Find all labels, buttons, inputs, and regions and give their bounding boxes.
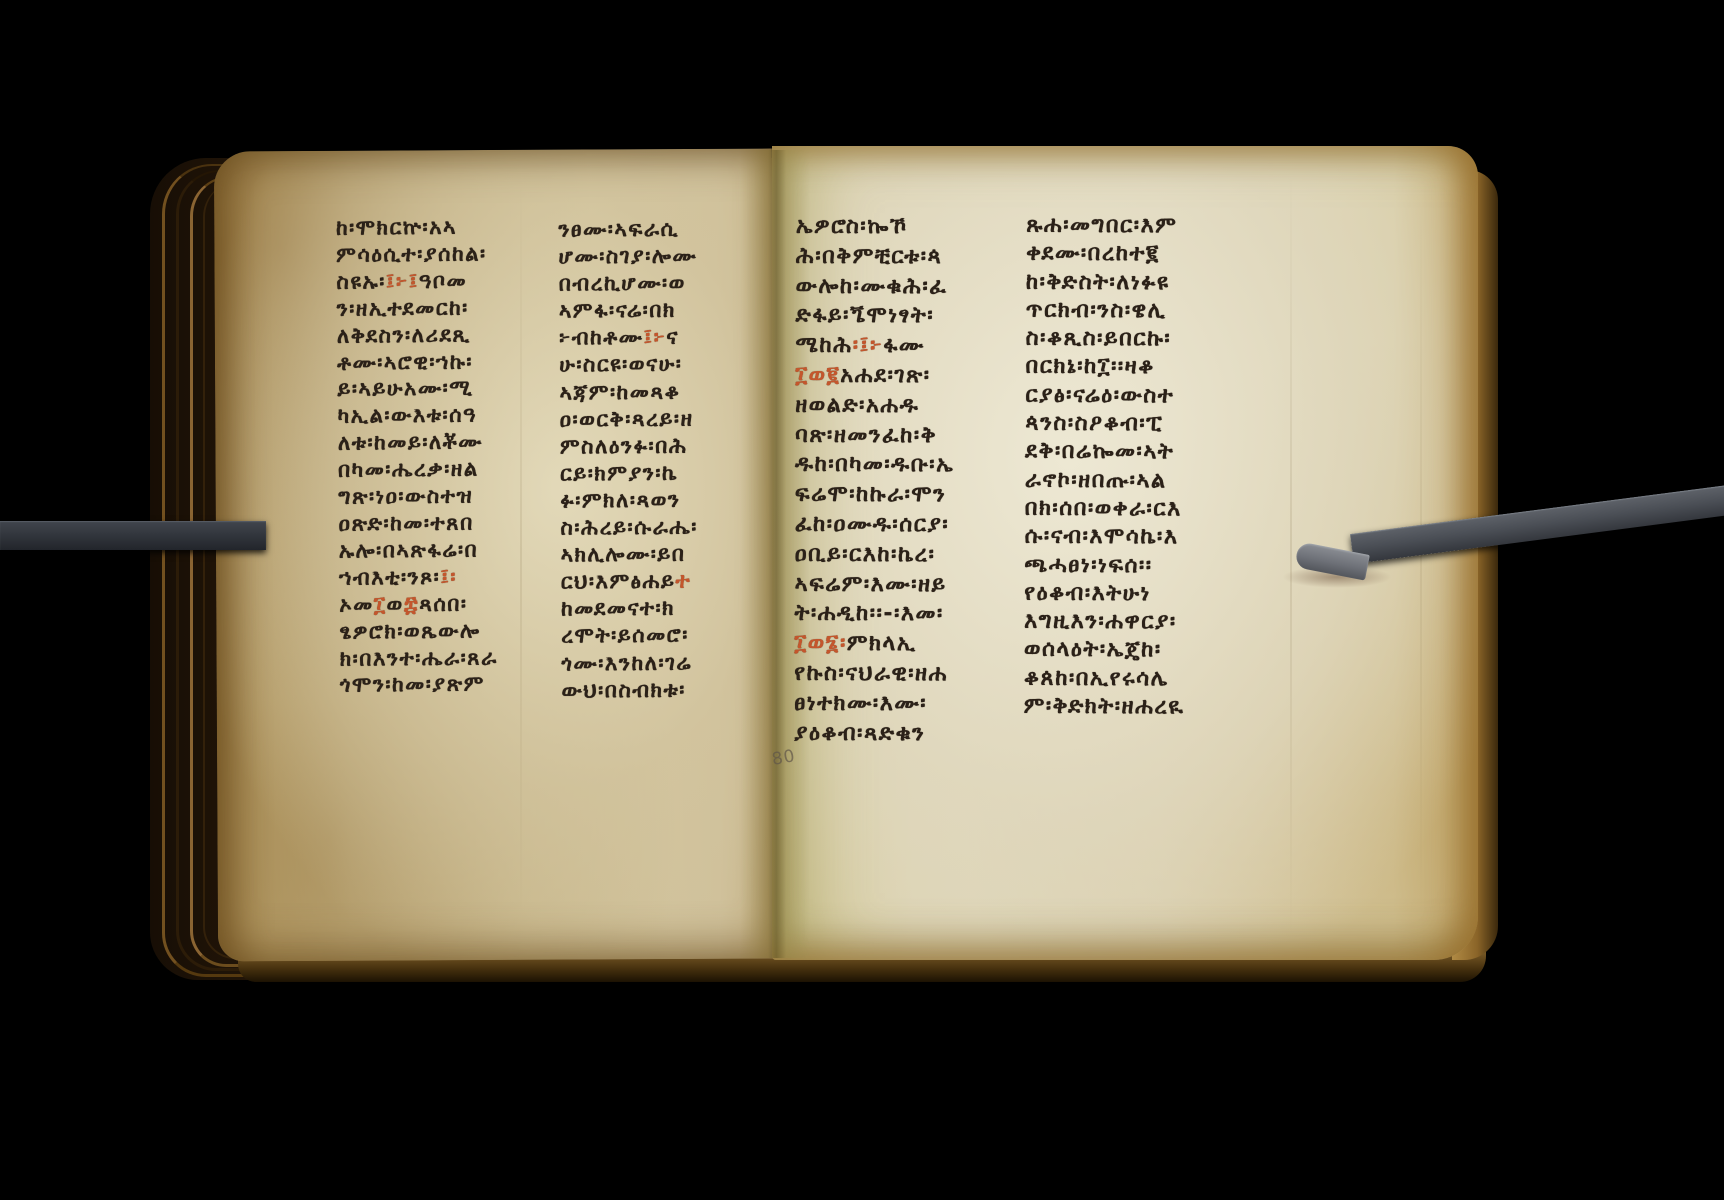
- parchment-crease: [520, 180, 522, 920]
- ink-run: ውህ፡በስብክቱ፡: [562, 677, 686, 702]
- text-line: ሜከሕ፡፤፦ፋሙ: [795, 331, 954, 361]
- ink-run: ክ፡በእንተ፡ሔራ፡ጸራ: [340, 645, 498, 670]
- ink-run: ጥርክብ፡ንስ፡ዌሊ: [1026, 297, 1167, 323]
- ink-run: ፉ፡ምክለ፡ጻወን: [560, 488, 680, 513]
- text-line: ለቅደስን፡ለሪደጺ: [337, 321, 495, 349]
- rubric-run: ፤፦: [643, 325, 666, 349]
- text-line: ጥርክብ፡ንስ፡ዌሊ: [1026, 296, 1187, 325]
- ink-run: ፦ብከቶሙ: [559, 325, 643, 350]
- ink-run: ካኢል፡ውእቱ፡ሰዓ: [338, 403, 478, 428]
- ink-run: ና: [666, 325, 679, 349]
- ink-run: ሁ፡ስርዩ፡ወናሁ፡: [559, 352, 682, 377]
- ink-run: ቀደሙ፡በረከተ፪: [1026, 241, 1160, 267]
- text-line: ም፡ቅድክት፡ዘሐረዪ: [1024, 693, 1185, 722]
- text-line: በርክኔ፡ከ፲፡፡ዛቆ: [1025, 353, 1186, 382]
- left-page-column-2: ንፀሙ፡ኣፍራሲሆሙ፡ስገያ፡ሎሙበብረኪሆሙ፡ወኣምፋ፡ናሬ፡በክ፦ብከቶሙ፤…: [558, 216, 700, 705]
- text-line: ኦመ፲ወ፰ጻሰበ፡: [339, 590, 497, 618]
- text-line: ፀነተክሙ፡እሙ፡: [794, 688, 953, 718]
- ink-run: ወሰላዕት፡ኤጄከ፡: [1024, 637, 1162, 663]
- ink-run: ቆጰከ፡በኢየሩሳሌ: [1024, 665, 1169, 691]
- text-line: ስዩኡ፡፤፦፤ዓቦመ: [336, 267, 494, 295]
- ink-run: ኣምፋ፡ናሬ፡በክ: [559, 298, 676, 323]
- ink-run: ያዕቆብ፡ጻድቁን: [794, 720, 925, 745]
- ink-run: ጎሞን፡ከመ፡ያጽም: [340, 672, 485, 697]
- ink-run: ስ፡ቆጺስ፡ይበርኩ፡: [1026, 326, 1172, 352]
- ink-run: ኀብእቲ፡ንጾ፡: [339, 565, 440, 590]
- text-line: ያዕቆብ፡ጻድቁን: [794, 718, 953, 748]
- text-line: ንፀሙ፡ኣፍራሲ: [558, 216, 697, 244]
- ink-run: ለቱ፡ከመይ፡ለቾሙ: [338, 430, 483, 455]
- text-line: ይ፡ኣይሁአሙ፡ሚ: [337, 375, 495, 403]
- ink-run: ኦመ: [339, 592, 374, 616]
- text-line: የኩስ፡ናህራዊ፡ዘሐ: [794, 659, 953, 689]
- text-line: እግዚእን፡ሐዋርያ፡: [1024, 608, 1185, 637]
- ink-run: ም፡ቅድክት፡ዘሐረዪ: [1024, 694, 1185, 720]
- text-line: ደቅ፡በሬኰመ፡ኣት: [1025, 438, 1186, 467]
- ink-run: ዱከ፡በካመ፡ዱቡ፡ኤ: [795, 452, 954, 478]
- text-line: ፈከ፡ዐሙዱ፡ሰርያ፡: [795, 510, 954, 540]
- text-line: ዐ፡ወርቅ፡ጻረይ፡ዘ: [560, 405, 699, 433]
- text-line: ፉ፡ምክለ፡ጻወን: [560, 486, 699, 514]
- rubric-run: ተ: [675, 569, 691, 593]
- ink-run: ርህ፡እምፅሐይ: [561, 569, 676, 594]
- text-line: ዱከ፡በካመ፡ዱቡ፡ኤ: [795, 450, 954, 480]
- ink-run: ሕ፡በቅምቺርቱ፡ጳ: [796, 244, 943, 270]
- text-line: ምስለዕንፉ፡በሕ: [560, 432, 699, 460]
- ink-run: ዐጽድ፡ከመ፡ተጸበ: [338, 510, 473, 535]
- text-line: ስ፡ሕረይ፡ሱራሔ፡: [560, 514, 699, 542]
- ink-run: ጹሐ፡መግበር፡እም: [1026, 213, 1177, 239]
- text-line: ርህ፡እምፅሐይተ: [561, 568, 700, 596]
- text-line: ባጽ፡ዘመንፈከ፡ቅ: [795, 420, 954, 450]
- rubric-run: ፲: [374, 592, 387, 616]
- ink-run: ከ፡ሞክርኵ፡አኣ: [336, 215, 457, 240]
- text-line: ውሎከ፡ሙቁሕ፡ፈ: [796, 271, 955, 301]
- text-line: ቀደሙ፡በረከተ፪: [1026, 240, 1187, 269]
- text-line: ሕ፡በቅምቺርቱ፡ጳ: [796, 242, 955, 272]
- ink-run: ስዩኡ፡: [336, 269, 386, 293]
- ink-run: ለቅደስን፡ለሪደጺ: [337, 322, 471, 347]
- ink-run: ኣክሊሎሙ፡ይበ: [561, 542, 686, 567]
- ink-run: ት፡ሐዲከ፡፡-፡እመ፡: [794, 601, 943, 627]
- ink-run: ባጽ፡ዘመንፈከ፡ቅ: [795, 422, 937, 447]
- text-line: ኤዎሮስ፡ኰኾ: [796, 212, 955, 242]
- ink-run: እግዚእን፡ሐዋርያ፡: [1024, 609, 1177, 635]
- text-line: ውህ፡በስብክቱ፡: [562, 676, 701, 704]
- ink-run: ኣፍሬም፡እሙ፡ዘይ: [795, 571, 947, 597]
- text-line: የዕቆብ፡እትሁነ: [1024, 579, 1185, 608]
- text-line: ሱ፡ናብ፡እሞሳኬ፡እ: [1025, 523, 1186, 552]
- text-line: ወሰላዕት፡ኤጄከ፡: [1024, 636, 1185, 665]
- ink-run: ይ፡ኣይሁአሙ፡ሚ: [337, 376, 473, 401]
- ink-run: ኣጃም፡ከመጻቆ: [559, 379, 680, 404]
- text-line: ን፡ዘኢተደመርከ፡: [337, 294, 495, 322]
- text-line: ዘወልድ፡አሐዱ: [795, 391, 954, 421]
- ink-run: ሜከሕ: [795, 333, 852, 358]
- rubric-run: ፲ወ፮፡: [794, 631, 847, 656]
- parchment-crease: [1290, 170, 1292, 940]
- ink-run: ኤዎሮስ፡ኰኾ: [796, 214, 908, 239]
- left-page-column-1: ከ፡ሞክርኵ፡አኣምሳዕሲተ፡ያሰከል፡ስዩኡ፡፤፦፤ዓቦመን፡ዘኢተደመርከ፡…: [336, 213, 498, 699]
- ink-run: ዐ፡ወርቅ፡ጻረይ፡ዘ: [560, 406, 694, 431]
- text-line: ድፋይ፡ጜሞነፃት፡: [796, 301, 955, 331]
- text-line: ከ፡ሞክርኵ፡አኣ: [336, 213, 494, 241]
- text-line: ጎሙ፡እንከለ፡ገሬ: [561, 649, 700, 677]
- rubric-run: ፰: [404, 592, 420, 616]
- text-line: ፲ወ፮፡ምክላኢ: [794, 629, 953, 659]
- parchment-crease: [1420, 200, 1422, 920]
- text-line: ኣጃም፡ከመጻቆ: [559, 378, 698, 406]
- text-line: በብረኪሆሙ፡ወ: [559, 270, 698, 298]
- ink-run: ኡሎ፡በኣጽፋሬ፡በ: [339, 537, 479, 562]
- ink-run: ርያፅ፡ናሬዕ፡ውስተ: [1025, 382, 1174, 408]
- ink-run: ድፋይ፡ጜሞነፃት፡: [796, 303, 935, 328]
- ink-run: ሱ፡ናብ፡እሞሳኬ፡እ: [1025, 524, 1179, 550]
- ink-run: በካመ፡ሔረቃ፡ዘል: [338, 457, 479, 482]
- ink-run: ውሎከ፡ሙቁሕ፡ፈ: [796, 273, 948, 299]
- pencil-folio-number: 80: [770, 746, 797, 770]
- text-line: ፦ብከቶሙ፤፦ና: [559, 324, 698, 352]
- text-line: ከ፡ቅድስት፡ለነፉዩ: [1026, 268, 1187, 297]
- text-line: ሆሙ፡ስገያ፡ሎሙ: [558, 243, 697, 271]
- rubric-run: ፤፡: [440, 564, 457, 588]
- ink-run: ጫሓፀነ፡ነፍሰ፡፡: [1024, 552, 1152, 578]
- rubric-run: ፤፦፤: [386, 269, 419, 293]
- ink-run: ርይ፡ክምያን፡ኬ: [560, 461, 678, 486]
- ink-run: ን፡ዘኢተደመርከ፡: [337, 295, 469, 320]
- ink-run: ረሞት፡ይሰመሮ፡: [561, 623, 689, 648]
- ink-run: ጳንስ፡ስዖቆብ፡ፒ: [1025, 411, 1163, 437]
- ink-run: ዓቦመ: [419, 268, 467, 292]
- text-line: ፄዎሮክ፡ወጼውሎ: [339, 617, 497, 645]
- text-line: ጳንስ፡ስዖቆብ፡ፒ: [1025, 410, 1186, 439]
- text-line: ርያፅ፡ናሬዕ፡ውስተ: [1025, 381, 1186, 410]
- text-line: ኡሎ፡በኣጽፋሬ፡በ: [339, 536, 497, 564]
- text-line: ኣምፋ፡ናሬ፡በክ: [559, 297, 698, 325]
- text-line: ፍሬሞ፡ከኩራ፡ሞን: [795, 480, 954, 510]
- parchment-crease: [772, 160, 774, 950]
- ink-run: በብረኪሆሙ፡ወ: [559, 271, 686, 296]
- text-line: ቶሙ፡ኣሮዊ፡ኀኩ፡: [337, 348, 495, 376]
- ink-run: ፋሙ: [883, 333, 925, 358]
- text-line: ኀብእቲ፡ንጾ፡፤፡: [339, 563, 497, 591]
- ink-run: ጻሰበ፡: [419, 591, 468, 615]
- text-line: ጫሓፀነ፡ነፍሰ፡፡: [1024, 551, 1185, 580]
- ink-run: ፈከ፡ዐሙዱ፡ሰርያ፡: [795, 512, 949, 538]
- text-line: ከመደመናተ፡ክ: [561, 595, 700, 623]
- ink-run: ጎሙ፡እንከለ፡ገሬ: [561, 650, 692, 675]
- text-line: ት፡ሐዲከ፡፡-፡እመ፡: [794, 599, 953, 629]
- text-line: ለቱ፡ከመይ፡ለቾሙ: [338, 429, 496, 457]
- photograph-of-manuscript: ከ፡ሞክርኵ፡አኣምሳዕሲተ፡ያሰከል፡ስዩኡ፡፤፦፤ዓቦመን፡ዘኢተደመርከ፡…: [0, 0, 1724, 1200]
- ink-run: በርክኔ፡ከ፲፡፡ዛቆ: [1025, 354, 1155, 380]
- right-page-column-2: ጹሐ፡መግበር፡እምቀደሙ፡በረከተ፪ከ፡ቅድስት፡ለነፉዩጥርክብ፡ንስ፡ዌሊ…: [1024, 212, 1187, 722]
- text-line: ስ፡ቆጺስ፡ይበርኩ፡: [1026, 325, 1187, 354]
- text-line: ዐጽድ፡ከመ፡ተጸበ: [338, 509, 496, 537]
- text-line: ኣክሊሎሙ፡ይበ: [561, 541, 700, 569]
- ink-run: በክ፡ሰበ፡ወቀራ፡ርእ: [1025, 496, 1182, 522]
- text-line: ኣፍሬም፡እሙ፡ዘይ: [795, 569, 954, 599]
- text-line: ካኢል፡ውእቱ፡ሰዓ: [338, 402, 496, 430]
- rubric-run: ፲ወ፪: [795, 363, 840, 388]
- ink-run: ከመደመናተ፡ክ: [561, 596, 675, 621]
- ink-run: ፄዎሮክ፡ወጼውሎ: [339, 618, 480, 643]
- text-line: ቆጰከ፡በኢየሩሳሌ: [1024, 664, 1185, 693]
- text-line: በካመ፡ሔረቃ፡ዘል: [338, 455, 496, 483]
- text-line: ግጽ፡ነዐ፡ውስተዝ: [338, 482, 496, 510]
- ink-run: ደቅ፡በሬኰመ፡ኣት: [1025, 439, 1174, 465]
- ink-run: ከ፡ቅድስት፡ለነፉዩ: [1026, 269, 1170, 295]
- ink-run: የኩስ፡ናህራዊ፡ዘሐ: [794, 661, 948, 687]
- ink-run: ምክላኢ: [847, 631, 917, 656]
- text-line: ዐቢይ፡ርእከ፡ኬረ፡: [795, 539, 954, 569]
- ink-run: ዐቢይ፡ርእከ፡ኬረ፡: [795, 541, 936, 566]
- ink-run: ስ፡ሕረይ፡ሱራሔ፡: [560, 515, 698, 540]
- ink-run: ዘወልድ፡አሐዱ: [795, 393, 919, 418]
- text-line: ርይ፡ክምያን፡ኬ: [560, 459, 699, 487]
- rubric-run: ፡፤፦: [853, 333, 884, 358]
- text-line: ክ፡በእንተ፡ሔራ፡ጸራ: [340, 644, 498, 672]
- left-page-holder-strap: [0, 521, 266, 550]
- ink-run: ግጽ፡ነዐ፡ውስተዝ: [338, 484, 473, 509]
- ink-run: ፀነተክሙ፡እሙ፡: [794, 690, 927, 715]
- text-line: ሁ፡ስርዩ፡ወናሁ፡: [559, 351, 698, 379]
- ink-run: ቶሙ፡ኣሮዊ፡ኀኩ፡: [337, 349, 473, 374]
- text-line: ረሞት፡ይሰመሮ፡: [561, 622, 700, 650]
- ink-run: ወ: [386, 592, 403, 616]
- ink-run: ምሳዕሲተ፡ያሰከል፡: [336, 241, 487, 266]
- ink-run: ፍሬሞ፡ከኩራ፡ሞን: [795, 482, 946, 508]
- text-line: ራኖኮ፡ዘበጡ፡ኣል: [1025, 466, 1186, 495]
- ink-run: ሆሙ፡ስገያ፡ሎሙ: [558, 244, 697, 269]
- text-line: ምሳዕሲተ፡ያሰከል፡: [336, 240, 494, 268]
- ink-run: የዕቆብ፡እትሁነ: [1024, 580, 1151, 606]
- right-page-column-1: ኤዎሮስ፡ኰኾሕ፡በቅምቺርቱ፡ጳውሎከ፡ሙቁሕ፡ፈድፋይ፡ጜሞነፃት፡ሜከሕ፡…: [794, 212, 955, 749]
- text-line: በክ፡ሰበ፡ወቀራ፡ርእ: [1025, 495, 1186, 524]
- ink-run: አሐደ፡ገጽ፡: [840, 363, 930, 388]
- ink-run: ንፀሙ፡ኣፍራሲ: [558, 217, 679, 242]
- text-line: ፲ወ፪አሐደ፡ገጽ፡: [795, 361, 954, 391]
- text-line: ጹሐ፡መግበር፡እም: [1026, 212, 1187, 241]
- text-line: ጎሞን፡ከመ፡ያጽም: [340, 671, 498, 699]
- ink-run: ራኖኮ፡ዘበጡ፡ኣል: [1025, 467, 1167, 493]
- ink-run: ምስለዕንፉ፡በሕ: [560, 433, 688, 458]
